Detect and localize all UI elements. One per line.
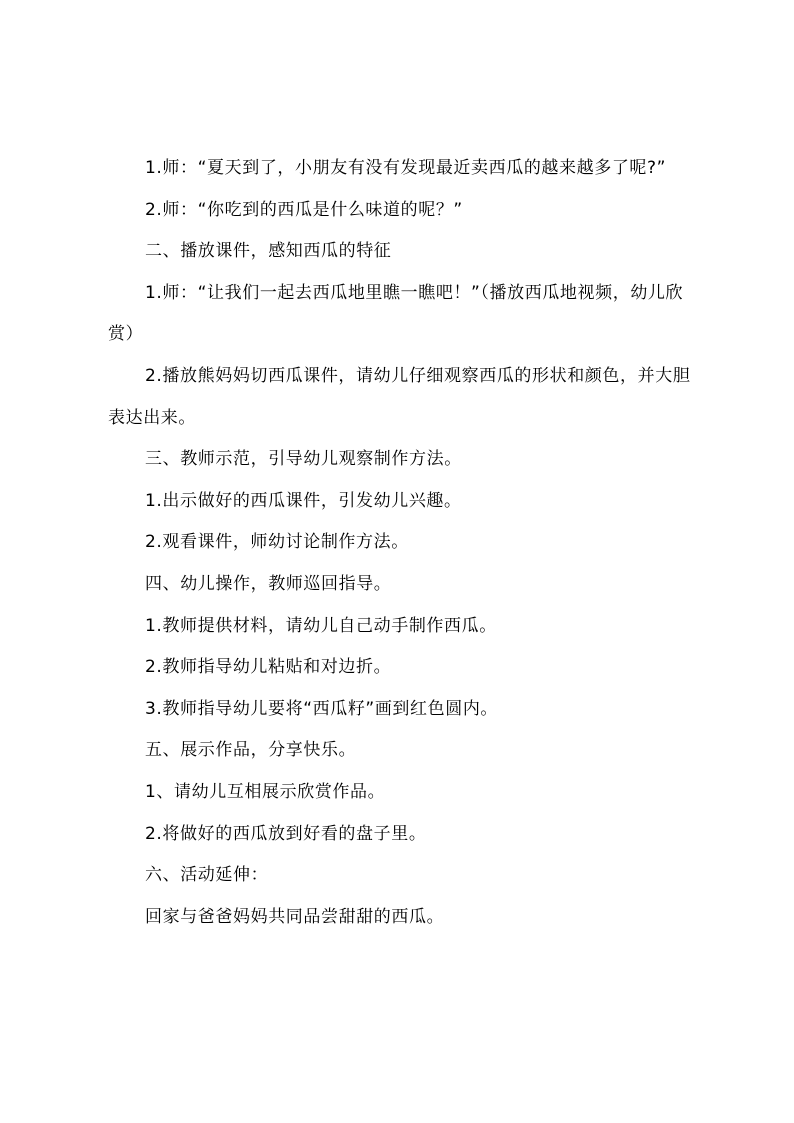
paragraph-section3-step2: 2.观看课件，师幼讨论制作方法。 — [108, 522, 698, 564]
section-heading-2: 二、播放课件，感知西瓜的特征 — [108, 231, 698, 273]
paragraph-section4-step1: 1.教师提供材料，请幼儿自己动手制作西瓜。 — [108, 606, 698, 648]
paragraph-section4-step3: 3.教师指导幼儿要将“西瓜籽”画到红色圆内。 — [108, 689, 698, 731]
section-heading-3: 三、教师示范，引导幼儿观察制作方法。 — [108, 439, 698, 481]
paragraph-section3-step1: 1.出示做好的西瓜课件，引发幼儿兴趣。 — [108, 481, 698, 523]
paragraph-section5-step1: 1、请幼儿互相展示欣赏作品。 — [108, 772, 698, 814]
section-heading-4: 四、幼儿操作，教师巡回指导。 — [108, 564, 698, 606]
paragraph-intro-question-2: 2.师：“你吃到的西瓜是什么味道的呢？” — [108, 190, 698, 232]
section-heading-6: 六、活动延伸： — [108, 855, 698, 897]
paragraph-extension: 回家与爸爸妈妈共同品尝甜甜的西瓜。 — [108, 897, 698, 939]
paragraph-section2-step2: 2.播放熊妈妈切西瓜课件，请幼儿仔细观察西瓜的形状和颜色，并大胆表达出来。 — [108, 356, 698, 439]
paragraph-section2-step1: 1.师：“让我们一起去西瓜地里瞧一瞧吧！”（播放西瓜地视频，幼儿欣赏） — [108, 273, 698, 356]
paragraph-section4-step2: 2.教师指导幼儿粘贴和对边折。 — [108, 647, 698, 689]
document-page: 1.师：“夏天到了，小朋友有没有发现最近卖西瓜的越来越多了呢?” 2.师：“你吃… — [108, 148, 698, 938]
section-heading-5: 五、展示作品，分享快乐。 — [108, 730, 698, 772]
paragraph-intro-question-1: 1.师：“夏天到了，小朋友有没有发现最近卖西瓜的越来越多了呢?” — [108, 148, 698, 190]
paragraph-section5-step2: 2.将做好的西瓜放到好看的盘子里。 — [108, 814, 698, 856]
